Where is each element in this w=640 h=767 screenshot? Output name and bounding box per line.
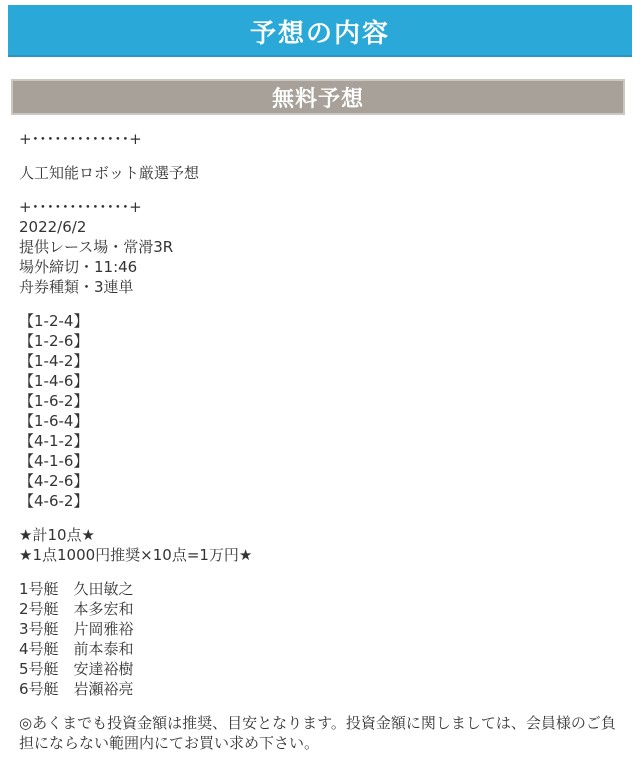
divider-race: +･････････････+ [19, 197, 621, 217]
boat-line: 1号艇 久田敏之 [19, 579, 621, 599]
ai-prediction-title: 人工知能ロボット厳選予想 [19, 163, 621, 183]
page-title-bar: 予想の内容 [8, 5, 632, 57]
picks-list: 【1-2-4】【1-2-6】【1-4-2】【1-4-6】【1-6-2】【1-6-… [19, 311, 621, 511]
pick-line: 【1-2-4】 [19, 311, 621, 331]
boat-line: 5号艇 安達裕樹 [19, 659, 621, 679]
pick-line: 【4-2-6】 [19, 471, 621, 491]
free-prediction-title-bar: 無料予想 [11, 79, 625, 115]
pick-line: 【1-6-4】 [19, 411, 621, 431]
pick-line: 【1-2-6】 [19, 331, 621, 351]
prediction-content: +･････････････+ 人工知能ロボット厳選予想 +･･････････… [0, 129, 640, 753]
boat-lineup: 1号艇 久田敏之2号艇 本多宏和3号艇 片岡雅裕4号艇 前本泰和5号艇 安達裕樹… [19, 579, 621, 699]
race-deadline: 場外締切・11:46 [19, 257, 621, 277]
pick-line: 【1-4-2】 [19, 351, 621, 371]
race-venue: 提供レース場・常滑3R [19, 237, 621, 257]
boat-line: 4号艇 前本泰和 [19, 639, 621, 659]
free-prediction-title: 無料予想 [272, 82, 364, 113]
stake-line: ★計10点★ [19, 525, 621, 545]
boat-line: 2号艇 本多宏和 [19, 599, 621, 619]
pick-line: 【4-1-2】 [19, 431, 621, 451]
pick-line: 【4-6-2】 [19, 491, 621, 511]
pick-line: 【1-6-2】 [19, 391, 621, 411]
divider-top: +･････････････+ [19, 129, 621, 149]
disclaimer-text: ◎あくまでも投資金額は推奨、目安となります。投資金額に関しましては、会員様のご負… [19, 713, 621, 753]
pick-line: 【1-4-6】 [19, 371, 621, 391]
pick-line: 【4-1-6】 [19, 451, 621, 471]
page-title: 予想の内容 [250, 13, 390, 50]
boat-line: 3号艇 片岡雅裕 [19, 619, 621, 639]
race-info-block: +･････････････+ 2022/6/2 提供レース場・常滑3R 場外締… [19, 197, 621, 297]
boat-line: 6号艇 岩瀬裕亮 [19, 679, 621, 699]
race-date: 2022/6/2 [19, 217, 621, 237]
stake-summary: ★計10点★★1点1000円推奨×10点=1万円★ [19, 525, 621, 565]
stake-line: ★1点1000円推奨×10点=1万円★ [19, 545, 621, 565]
prediction-page: 予想の内容 無料予想 +･････････････+ 人工知能ロボット厳選予想 … [0, 0, 640, 767]
race-bet-type: 舟券種類・3連単 [19, 277, 621, 297]
